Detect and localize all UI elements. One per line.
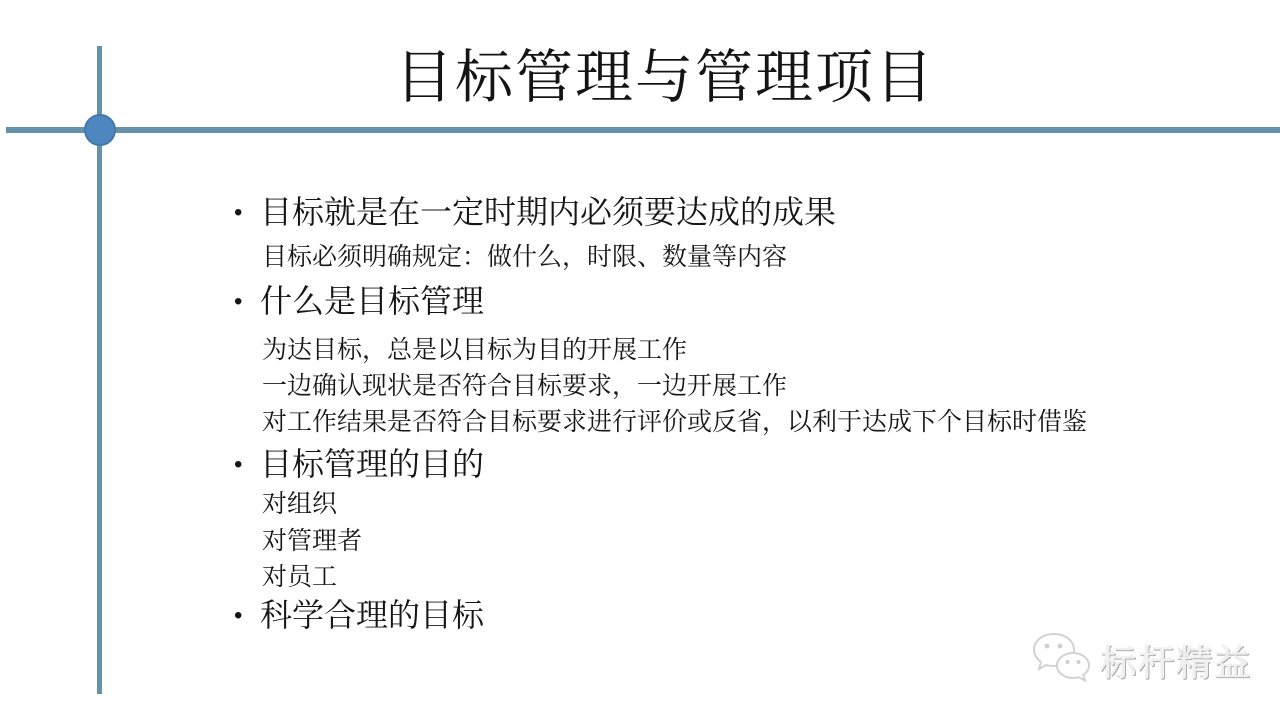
- bullet-marker: •: [234, 195, 260, 231]
- bullet-subitem: 一边确认现状是否符合目标要求，一边开展工作: [262, 372, 787, 400]
- bullet-marker: •: [234, 284, 260, 320]
- bullet-subitem: 对工作结果是否符合目标要求进行评价或反省，以利于达成下个目标时借鉴: [262, 408, 1087, 436]
- accent-dot: [84, 114, 116, 146]
- bullet-subitem: 为达目标，总是以目标为目的开展工作: [262, 336, 687, 364]
- bullet-subitem: 目标必须明确规定：做什么，时限、数量等内容: [262, 243, 787, 271]
- bullet-item: •什么是目标管理: [234, 283, 484, 320]
- presentation-slide: 目标管理与管理项目 •目标就是在一定时期内必须要达成的成果 目标必须明确规定：做…: [0, 0, 1280, 720]
- watermark: 标杆精益: [1030, 631, 1252, 690]
- bullet-item: •目标就是在一定时期内必须要达成的成果: [234, 194, 836, 231]
- bullet-subitem: 对管理者: [262, 527, 362, 555]
- bullet-text: 对工作结果是否符合目标要求进行评价或反省，以利于达成下个目标时借鉴: [262, 408, 1087, 436]
- slide-body: •目标就是在一定时期内必须要达成的成果 目标必须明确规定：做什么，时限、数量等内…: [234, 0, 1254, 720]
- wechat-icon: [1030, 631, 1092, 690]
- bullet-text: 为达目标，总是以目标为目的开展工作: [262, 336, 687, 364]
- bullet-marker: •: [234, 598, 260, 634]
- bullet-text: 目标管理的目的: [260, 446, 484, 482]
- bullet-text: 一边确认现状是否符合目标要求，一边开展工作: [262, 372, 787, 400]
- bullet-text: 目标就是在一定时期内必须要达成的成果: [260, 194, 836, 230]
- bullet-subitem: 对组织: [262, 490, 337, 518]
- watermark-text: 标杆精益: [1100, 635, 1252, 686]
- bullet-text: 对员工: [262, 563, 337, 591]
- bullet-marker: •: [234, 447, 260, 483]
- bullet-text: 对管理者: [262, 527, 362, 555]
- bullet-text: 目标必须明确规定：做什么，时限、数量等内容: [262, 243, 787, 271]
- bullet-subitem: 对员工: [262, 563, 337, 591]
- bullet-text: 什么是目标管理: [260, 283, 484, 319]
- bullet-text: 科学合理的目标: [260, 597, 484, 633]
- bullet-item: •目标管理的目的: [234, 446, 484, 483]
- bullet-item: •科学合理的目标: [234, 597, 484, 634]
- bullet-text: 对组织: [262, 490, 337, 518]
